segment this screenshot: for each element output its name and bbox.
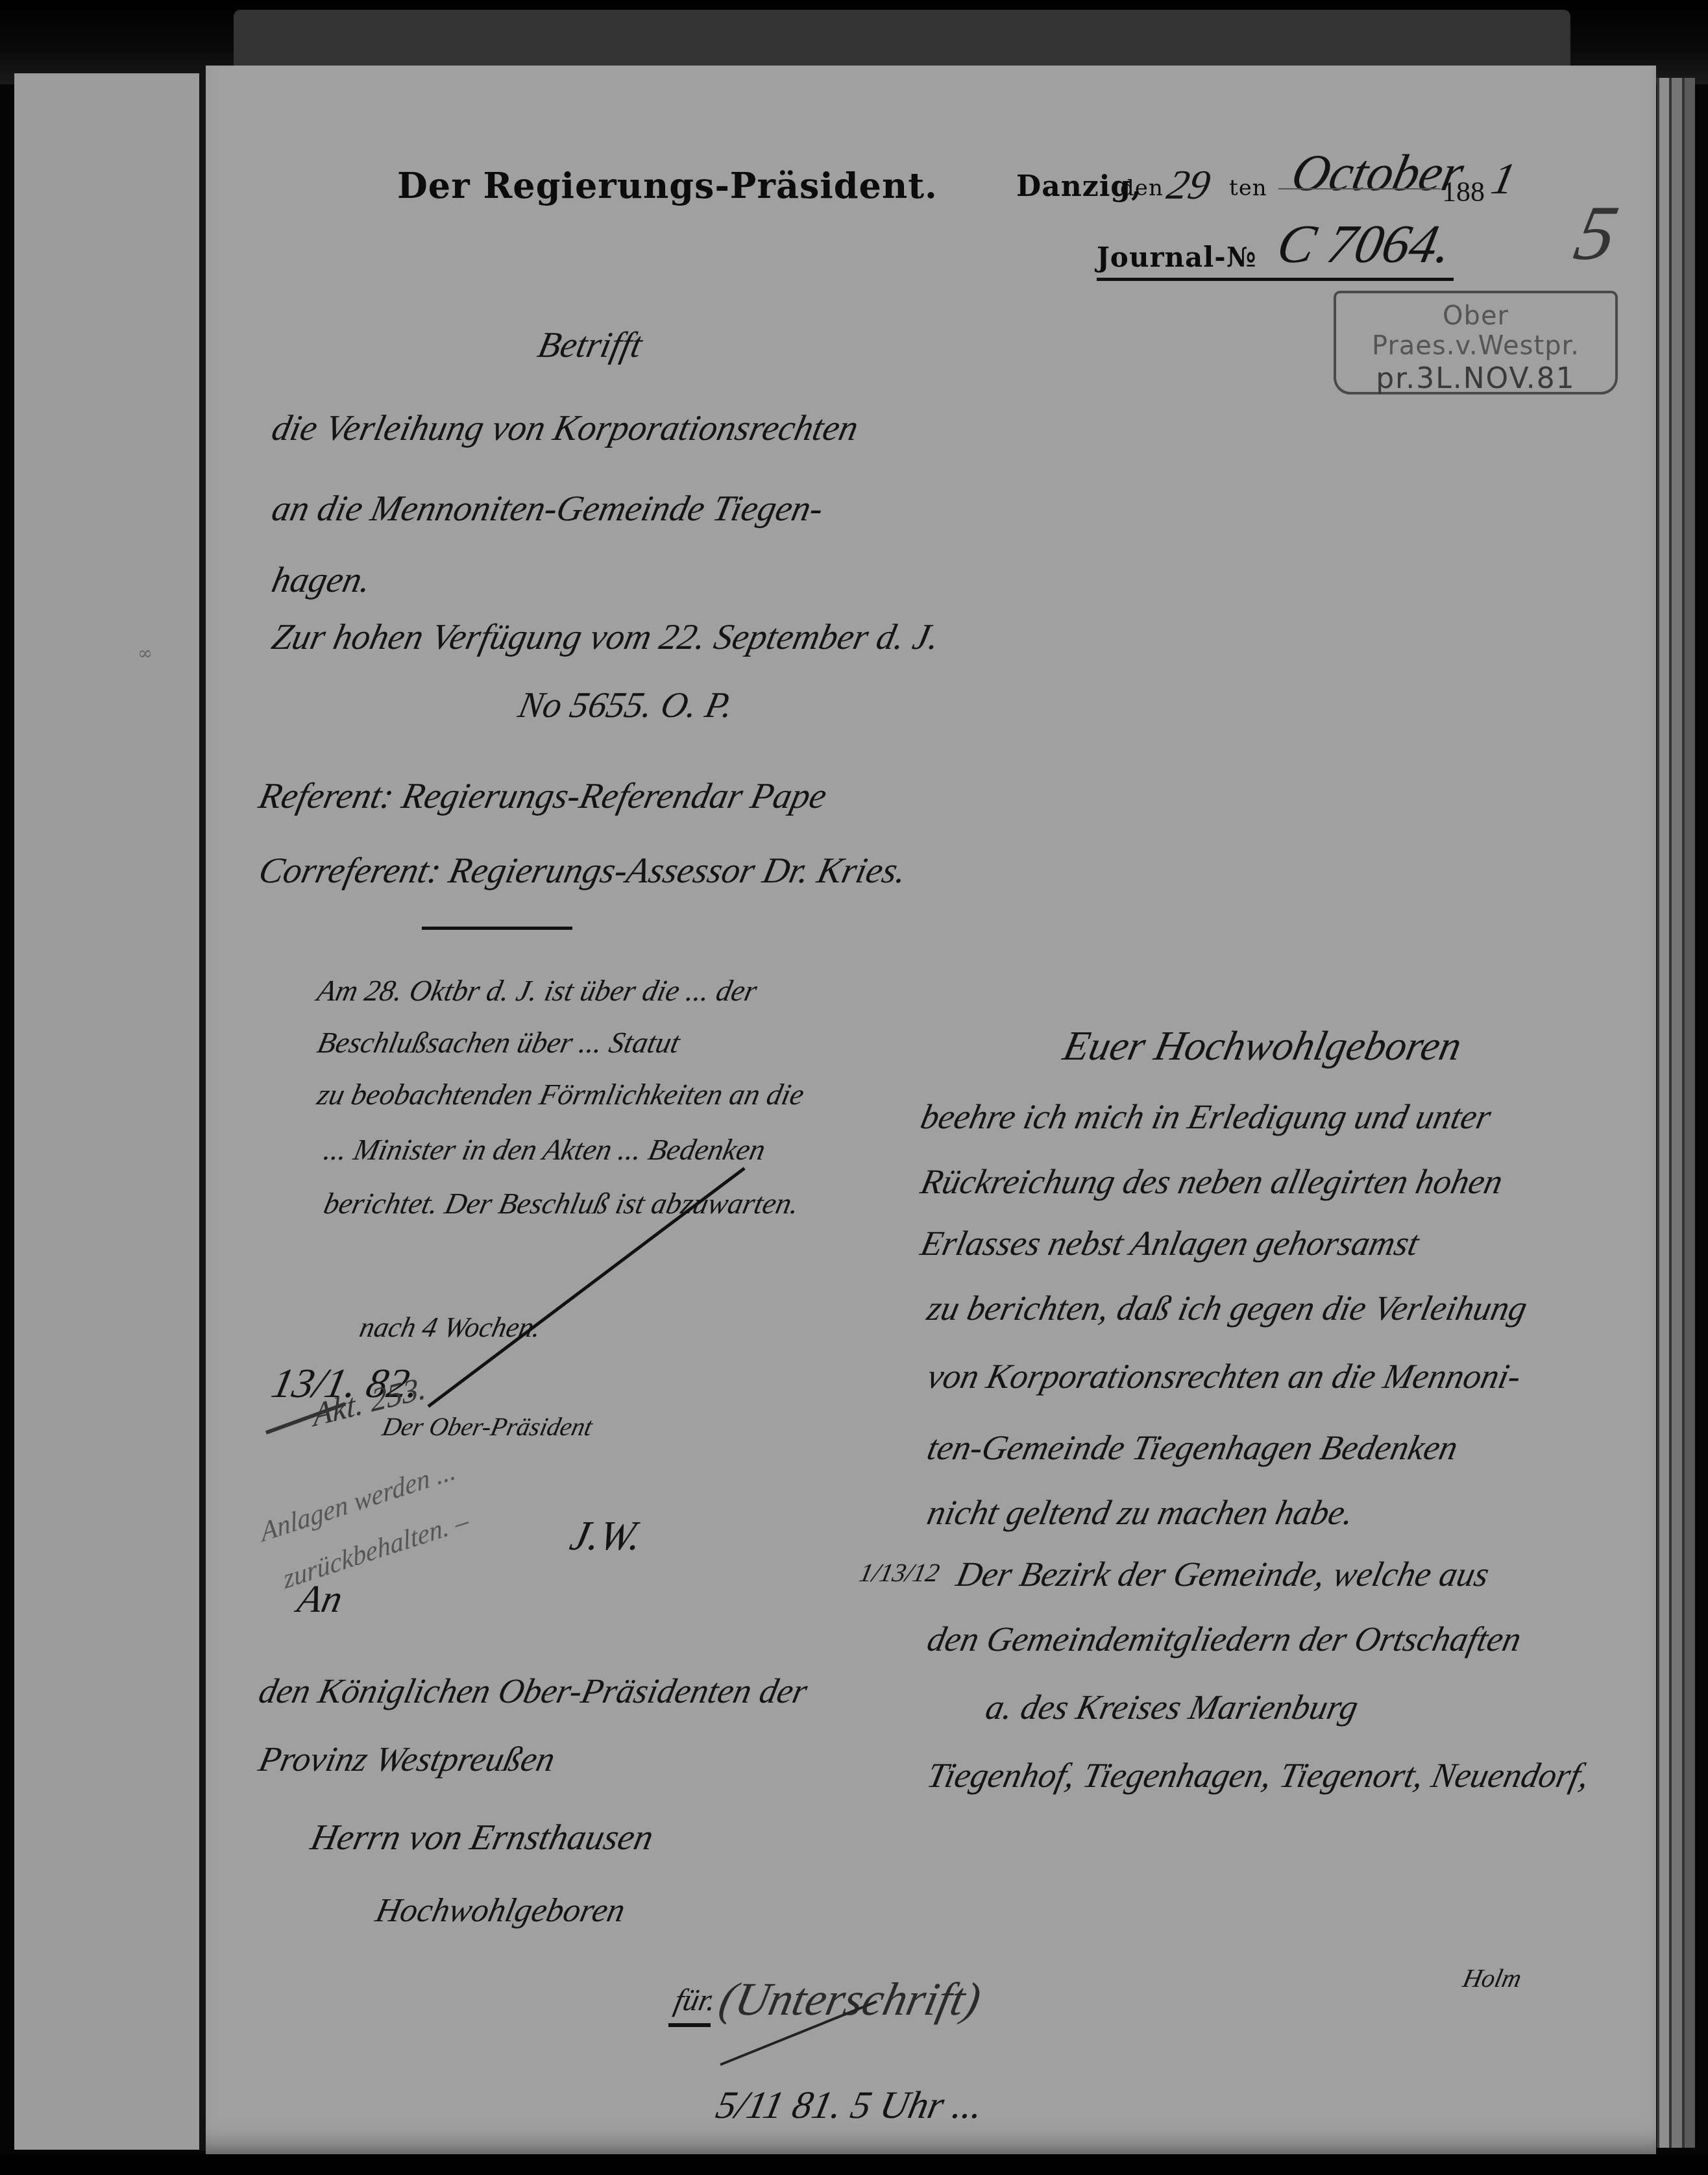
journal-number: C 7064.: [1272, 213, 1458, 276]
subject-line: an die Mennoniten-Gemeinde Tiegen-: [268, 488, 827, 529]
subject-line: die Verleihung von Korporationsrechten: [268, 407, 862, 449]
body-line: zu berichten, daß ich gegen die Verleihu…: [923, 1288, 1530, 1328]
journal-label: Journal-№: [1097, 241, 1256, 273]
correferent-line: Correferent: Regierungs-Assessor Dr. Kri…: [255, 850, 910, 892]
body-line: Tiegenhof, Tiegenhagen, Tiegenort, Neuen…: [923, 1755, 1593, 1795]
body-line: den Gemeindemitgliedern der Ortschaften: [923, 1619, 1524, 1659]
stacked-page-edge: [1657, 78, 1670, 2148]
salutation: Euer Hochwohlgeboren: [1059, 1022, 1466, 1070]
scan-bottom-border: [0, 2154, 1708, 2175]
address-prefix: An: [294, 1577, 347, 1622]
body-line: Rückreichung des neben allegirten hohen: [917, 1161, 1506, 1202]
binding-gutter: [199, 68, 206, 2151]
body-line: beehre ich mich in Erledigung und unter: [917, 1097, 1494, 1137]
address-recipient: Herrn von Ernsthausen: [307, 1817, 657, 1858]
left-binding-strip: [14, 73, 199, 2150]
subject-line: hagen.: [268, 559, 374, 601]
address-line: Provinz Westpreußen: [255, 1739, 559, 1779]
margin-note-line: Beschlußsachen über ... Statut: [314, 1025, 683, 1060]
signature: (Unterschrift): [714, 1973, 986, 2026]
year-prefix: 188: [1442, 175, 1485, 208]
signature-prefix: für.: [671, 1982, 719, 2018]
initials-mark: J.W.: [566, 1512, 646, 1560]
signature-prefix-underline: [668, 2023, 711, 2027]
address-line: den Königlichen Ober-Präsidenten der: [255, 1671, 811, 1711]
den-label: den: [1120, 175, 1164, 201]
body-line: nicht geltend zu machen habe.: [923, 1492, 1358, 1533]
small-date-mark: 1/13/12: [857, 1557, 942, 1588]
stacked-page-edge: [1682, 78, 1695, 2148]
body-line: Erlasses nebst Anlagen gehorsamst: [917, 1223, 1422, 1263]
margin-note-line: Am 28. Oktbr d. J. ist über die ... der: [314, 973, 760, 1008]
hole-mark-icon: ∞: [138, 642, 152, 664]
receipt-stamp: Ober Praes.v.Westpr. pr.3L.NOV.81: [1334, 291, 1618, 395]
body-line: von Korporationsrechten an die Mennoni-: [923, 1356, 1524, 1396]
body-line: a. des Kreises Marienburg: [982, 1687, 1361, 1727]
expedition-note: 5/11 81. 5 Uhr ...: [713, 2083, 988, 2128]
journal-underline: [1097, 278, 1454, 281]
stacked-page-edge: [1669, 78, 1682, 2148]
margin-note-line: berichtet. Der Beschluß ist abzuwarten.: [321, 1186, 802, 1221]
reference-line: Zur hohen Verfügung vom 22. September d.…: [268, 616, 943, 658]
date-dotted-rule: [1278, 188, 1441, 189]
stamp-date: pr.3L.NOV.81: [1336, 362, 1615, 395]
subject-heading: Betrifft: [534, 324, 646, 366]
authority-heading: Der Regierungs-Präsident.: [397, 165, 938, 206]
stamp-office: Ober Praes.v.Westpr.: [1336, 301, 1615, 361]
referent-line: Referent: Regierungs-Referendar Pape: [255, 775, 830, 817]
body-line: ten-Gemeinde Tiegenhagen Bedenken: [923, 1428, 1461, 1468]
reference-number: No 5655. O. P.: [515, 685, 737, 726]
margin-note-line: ... Minister in den Akten ... Bedenken: [321, 1132, 768, 1167]
signatory-line: Der Ober-Präsident: [380, 1411, 595, 1442]
body-line: Der Bezirk der Gemeinde, welche aus: [953, 1554, 1493, 1594]
ten-label: ten: [1229, 175, 1267, 201]
continuation-word: Holm: [1460, 1963, 1524, 1993]
address-honorific: Hochwohlgeboren: [372, 1891, 629, 1930]
section-divider: [422, 927, 572, 930]
margin-note-line: zu beobachtenden Förmlichkeiten an die: [314, 1077, 807, 1112]
